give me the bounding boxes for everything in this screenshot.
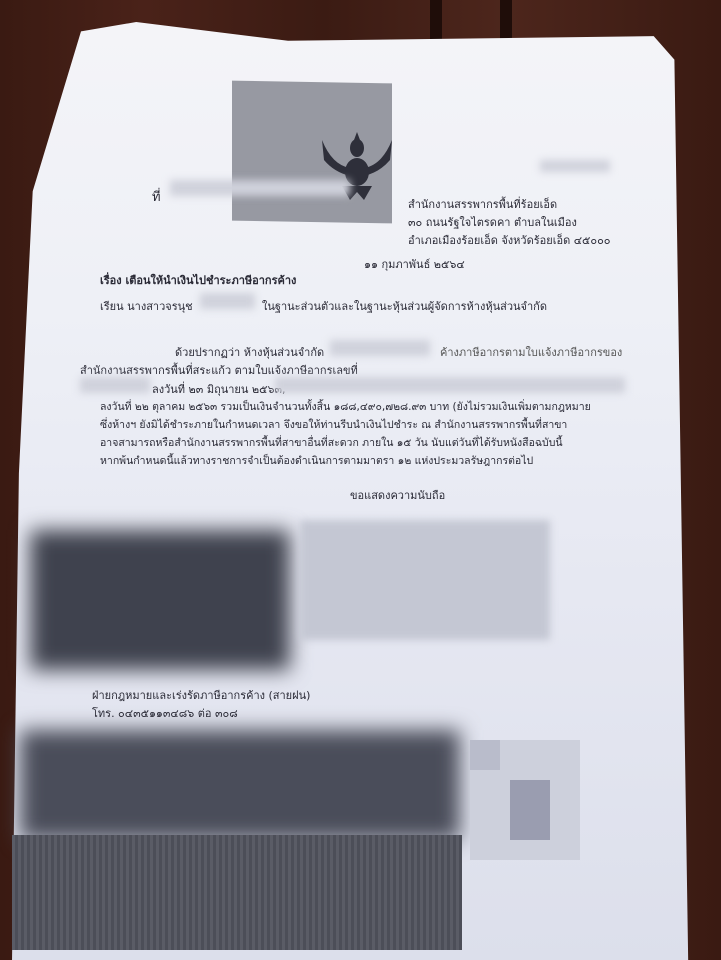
office-address-line-2: ๓๐ ถนนรัฐใจไตรดคา ตำบลในเมือง <box>408 213 577 231</box>
office-address-line-1: สำนักงานสรรพากรพื้นที่ร้อยเอ็ด <box>408 195 557 213</box>
closing: ขอแสดงความนับถือ <box>350 486 445 504</box>
redacted-ref-number <box>170 180 350 196</box>
redacted-lower-area <box>20 730 460 840</box>
door-gap <box>430 0 442 40</box>
pixelated-stamp <box>470 740 580 860</box>
footer-department: ฝ่ายกฎหมายและเร่งรัดภาษีอากรค้าง (สายฝน) <box>92 686 310 704</box>
redacted-number <box>80 377 150 393</box>
body-line-7: หากพ้นกำหนดนี้แล้วทางราชการจำเป็นต้องดำเ… <box>100 452 533 469</box>
garuda-emblem-icon <box>312 120 402 210</box>
body-line-5: ซึ่งห้างฯ ยังมิได้ชำระภายในกำหนดเวลา จึง… <box>100 416 567 433</box>
body-line-4: ลงวันที่ ๒๒ ตุลาคม ๒๕๖๓ รวมเป็นเงินจำนวน… <box>100 398 591 415</box>
redacted-numbers <box>275 377 625 393</box>
footer-phone: โทร. ๐๔๓๕๑๑๓๔๘๖ ต่อ ๓๐๘ <box>92 704 238 722</box>
recipient-capacity: ในฐานะส่วนตัวและในฐานะหุ้นส่วนผู้จัดการห… <box>262 297 547 315</box>
body-line-3: ลงวันที่ ๒๓ มิถุนายน ๒๕๖๓, <box>152 380 285 398</box>
door-gap <box>500 0 512 40</box>
redacted-name <box>200 293 255 309</box>
letter-recipient: เรียน นางสาวจรนุช <box>100 297 193 315</box>
ref-label: ที่ <box>152 186 161 207</box>
body-line-6: อาจสามารถหรือสำนักงานสรรพากรพื้นที่สาขาอ… <box>100 434 563 451</box>
body-line-1b: ค้างภาษีอากรตามใบแจ้งภาษีอากรของ <box>440 343 622 361</box>
office-address-line-3: อำเภอเมืองร้อยเอ็ด จังหวัดร้อยเอ็ด ๔๕๐๐๐ <box>408 231 611 249</box>
body-line-1: ด้วยปรากฏว่า ห้างหุ้นส่วนจำกัด <box>175 343 324 361</box>
letter-date: ๑๑ กุมภาพันธ์ ๒๕๖๔ <box>364 255 465 273</box>
redacted-mark <box>540 160 610 172</box>
letter-subject: เรื่อง เตือนให้นำเงินไปชำระภาษีอากรค้าง <box>100 271 296 289</box>
shadow-region <box>12 835 462 950</box>
redacted-signature <box>300 520 550 640</box>
redacted-signature-area <box>30 530 290 670</box>
redacted-company <box>330 340 430 356</box>
